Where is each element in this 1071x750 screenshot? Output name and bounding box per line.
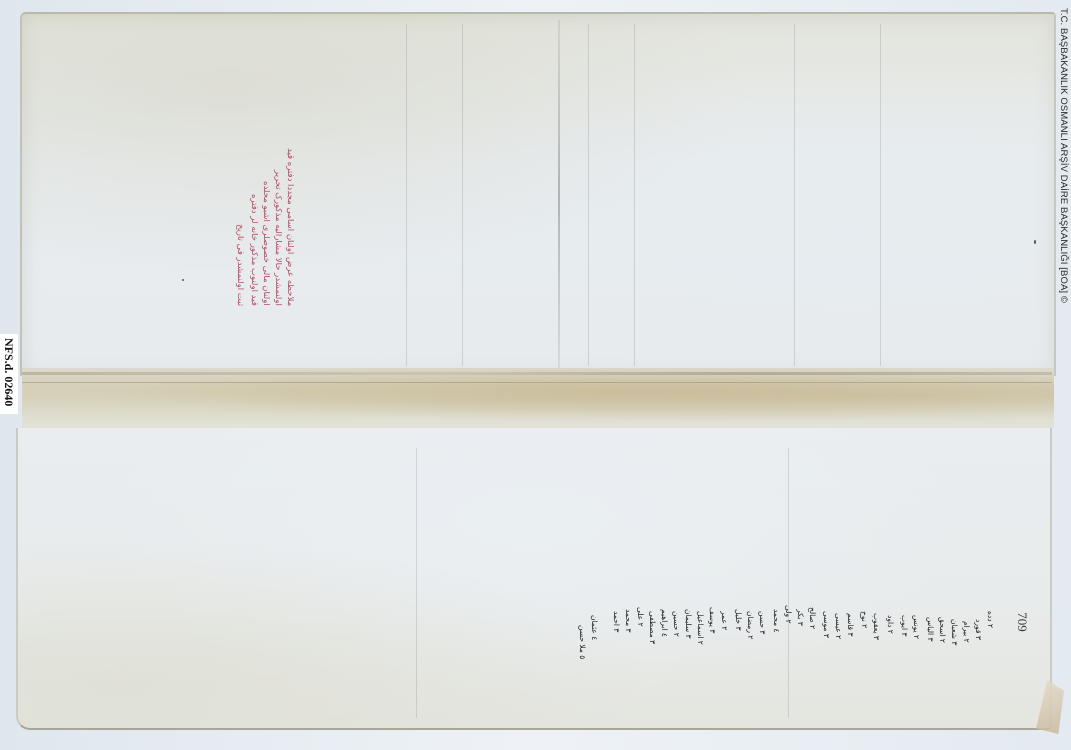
lower-panel	[16, 428, 1052, 730]
ledger-entry: ٢ علی	[636, 607, 644, 665]
ledger-entry: ٤ محمد	[772, 609, 780, 665]
ledger-entry: ٤ عثمان	[590, 615, 598, 665]
ruled-line	[634, 24, 635, 366]
ruled-line	[462, 24, 463, 366]
ledger-entry: ٢ اسماعیل	[696, 611, 704, 665]
ledger-entry: ٢ رمضان	[746, 611, 754, 665]
ledger-entry: ٣ یعقوب	[872, 613, 880, 665]
ink-speck	[182, 279, 184, 281]
annotation-line: ملاحظه عرض اولنان اسامی مجدداً دفتره قید	[285, 86, 294, 306]
ledger-entry: ٢ صالح	[808, 607, 816, 665]
upper-panel	[20, 12, 1056, 376]
ledger-entry: ٣ موسی	[822, 611, 830, 665]
ledger-entry: ٢ ولی	[784, 605, 792, 665]
ledger-entry: ٢ اسحق	[938, 617, 946, 665]
ledger-entry: ٣ الیاس	[926, 617, 934, 665]
ledger-entry: ٣ سلیمان	[684, 609, 692, 665]
catalog-label-text: NFS.d. 02640	[1, 338, 16, 406]
ruled-line	[416, 448, 417, 718]
ledger-entry: ٣ یوسف	[708, 607, 716, 665]
fold-edge-shadow	[22, 382, 1052, 383]
ledger-entry: ٣ قورد	[974, 619, 982, 665]
ledger-entry: ٣ محمد	[624, 609, 632, 665]
red-ink-annotation: ملاحظه عرض اولنان اسامی مجدداً دفتره قید…	[222, 86, 294, 316]
ruled-line	[406, 24, 407, 366]
ledger-entry: ٢ نوح	[860, 611, 868, 665]
ledger-entry: ٣ حسن	[758, 611, 766, 665]
ledger-entry: ٢ دده	[986, 611, 994, 665]
center-fold-line	[558, 20, 560, 372]
register-entries: ٥ ملا حسن ٤ عثمان ٣ احمد ٣ محمد ٢ علی ٣ …	[578, 605, 998, 665]
archive-copyright-stamp: T.C. BAŞBAKANLIK OSMANLI ARŞİV DAİRE BAŞ…	[1057, 8, 1071, 268]
fold-edge	[22, 372, 1052, 375]
annotation-line: اولنان مالی خصوصلری اشبو محلده	[261, 86, 270, 306]
ledger-entry: ٢ یونس	[912, 615, 920, 665]
horizontal-crease-stain	[22, 368, 1054, 428]
ruled-line	[880, 24, 881, 366]
ledger-entry: ٥ ملا حسن	[578, 625, 586, 665]
ledger-entry: ٢ عمر	[720, 611, 728, 665]
ledger-entry: ٣ ایوب	[900, 615, 908, 665]
ledger-entry: ٣ قاسم	[846, 613, 854, 665]
annotation-line: اولنمشدر حالا مشارالیه مذکورک تحریر	[273, 86, 282, 306]
ledger-entry: ٢ حسین	[672, 611, 680, 665]
ledger-entry: ٣ احمد	[612, 611, 620, 665]
ledger-entry: ٤ ابراهیم	[660, 609, 668, 665]
ruled-line	[794, 24, 795, 366]
ledger-entry: ٢ داود	[886, 615, 894, 665]
ledger-entry: ٣ مصطفی	[648, 611, 656, 665]
ruled-line	[588, 24, 589, 366]
ruled-line	[788, 448, 789, 718]
ledger-entry: ٣ خلیل	[734, 609, 742, 665]
catalog-label: NFS.d. 02640	[0, 334, 18, 414]
ledger-entry: ٣ بکر	[796, 609, 804, 665]
page-number: 709	[1014, 612, 1030, 632]
annotation-line: ثبت اولنمشدر فی تاریخ	[235, 166, 244, 306]
annotation-line: قید اولنوب مذکور خانه لر دفتره	[249, 86, 258, 306]
archive-copyright-text: T.C. BAŞBAKANLIK OSMANLI ARŞİV DAİRE BAŞ…	[1058, 8, 1069, 303]
ledger-entry: ٣ شعبان	[950, 619, 958, 665]
ledger-entry: ٢ بیرام	[962, 621, 970, 665]
ledger-entry: ٢ عیسی	[834, 613, 842, 665]
ink-speck	[1034, 240, 1036, 244]
